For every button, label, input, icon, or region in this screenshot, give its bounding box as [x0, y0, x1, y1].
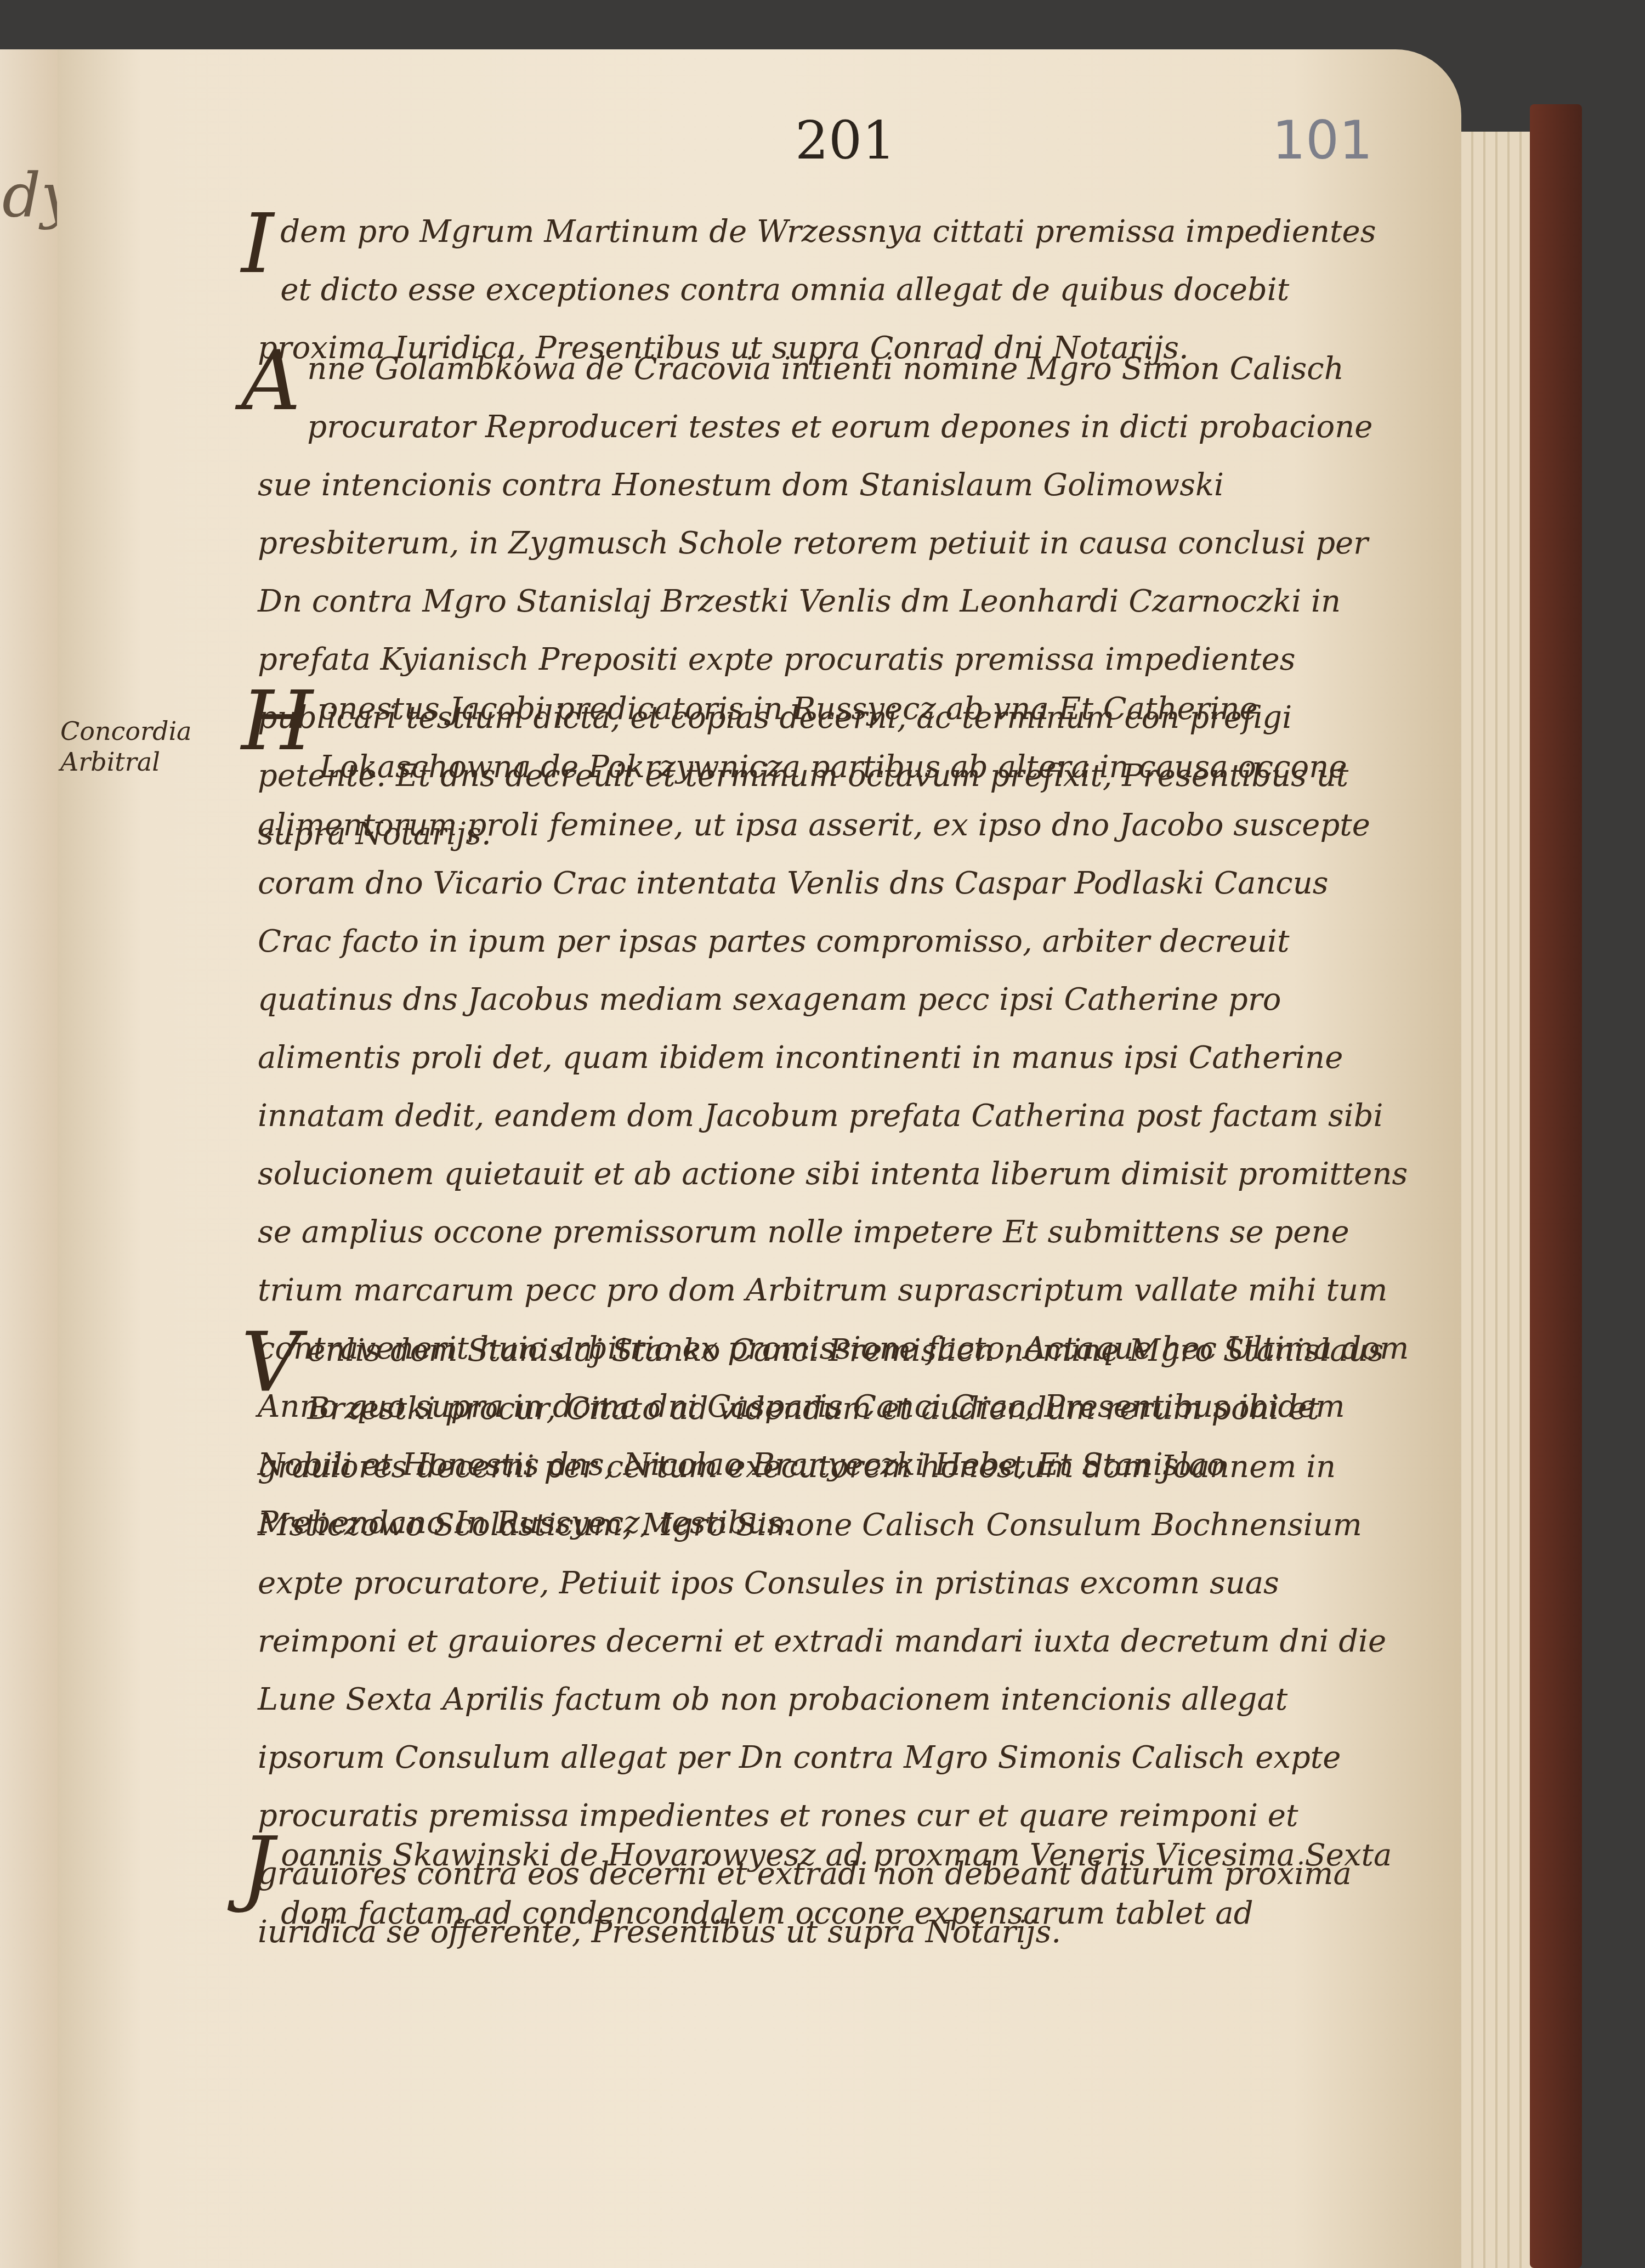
margin-line: Arbitral — [60, 746, 192, 777]
initial: V — [241, 1322, 300, 1404]
margin-line: Concordia — [60, 716, 192, 746]
folio-number: 201 — [795, 110, 895, 171]
initial: H — [241, 680, 313, 762]
facing-page-edge: dy. — [0, 49, 58, 2268]
book-cover — [1530, 104, 1582, 2268]
entry-text: oannis Skawinski de Hovarowyesz ad proxm… — [281, 1837, 1392, 1931]
entry-5: Joannis Skawinski de Hovarowyesz ad prox… — [258, 1826, 1409, 1943]
margin-note: Concordia Arbitral — [60, 716, 192, 777]
initial: A — [241, 340, 300, 422]
pencil-folio-number: 101 — [1272, 110, 1372, 171]
initial: J — [241, 1826, 274, 1909]
initial: I — [241, 203, 274, 285]
